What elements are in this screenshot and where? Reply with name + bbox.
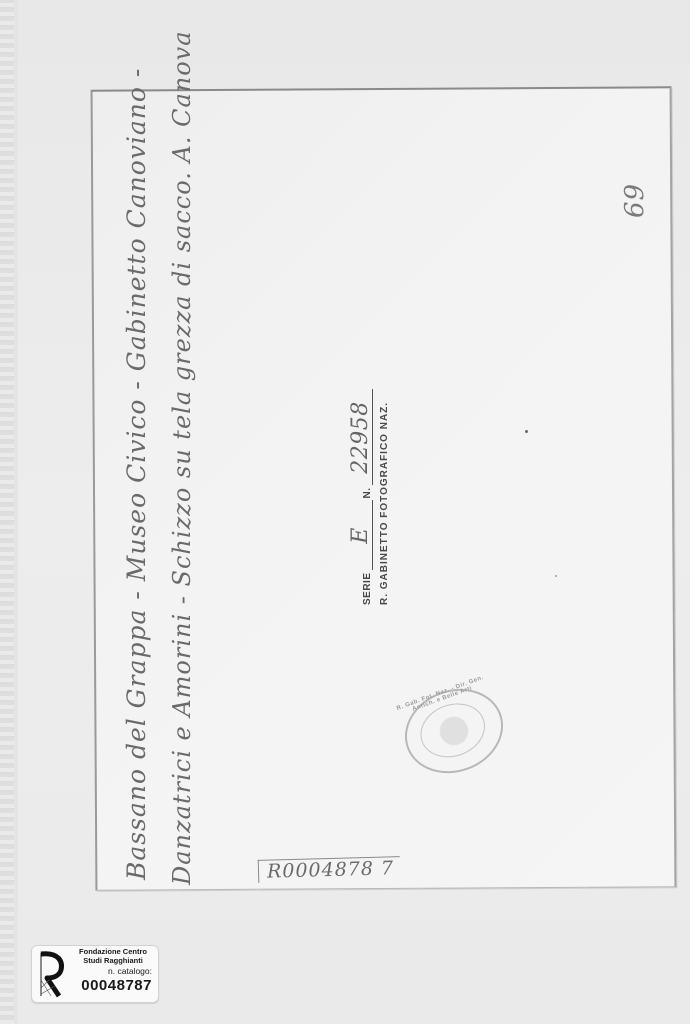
archive-stamp: SERIE E N. 22958 R. GABINETTO FOTOGRAFIC… (350, 389, 390, 605)
number-value: 22958 (350, 389, 373, 485)
handwritten-caption-line2: Danzatrici e Amorini - Schizzo su tela g… (168, 30, 196, 885)
organization-name-line2: Studi Ragghianti (74, 956, 152, 965)
number-label: N. (362, 487, 373, 498)
stamp-serie-row: SERIE E N. 22958 (350, 389, 373, 605)
stamp-institution: R. GABINETTO FOTOGRAFICO NAZ. (379, 389, 390, 605)
serie-label: SERIE (362, 572, 373, 605)
ragghianti-logo-icon (37, 950, 67, 998)
catalog-label-text: Fondazione Centro Studi Ragghianti n. ca… (74, 947, 152, 995)
corner-number: 69 (620, 183, 650, 218)
handwritten-caption-line1: Bassano del Grappa - Museo Civico - Gabi… (122, 68, 151, 880)
inventory-code: R0004878 7 (258, 856, 401, 883)
organization-name-line1: Fondazione Centro (74, 947, 152, 956)
catalog-number: 00048787 (74, 977, 152, 995)
ink-speck (555, 575, 557, 577)
catalog-label: Fondazione Centro Studi Ragghianti n. ca… (31, 945, 159, 1003)
catalog-number-label: n. catalogo: (74, 966, 152, 977)
ink-speck (525, 430, 528, 433)
serie-value: E (350, 500, 373, 570)
scan-edge (0, 0, 14, 1024)
